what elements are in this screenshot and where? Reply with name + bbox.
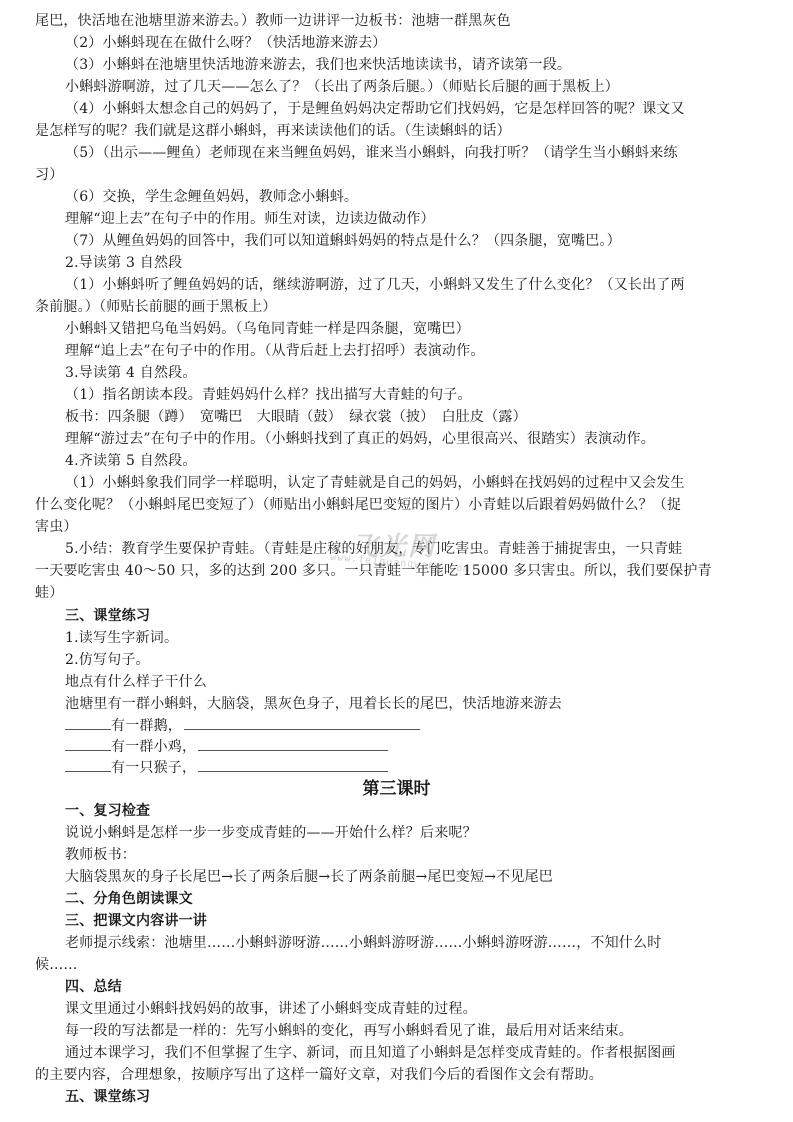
text-line: （3）小蝌蚪在池塘里快活地游来游去，我们也来快活地读读书，请齐读第一段。 (65, 55, 787, 76)
text-line: （1）指名朗读本段。青蛙妈妈什么样？找出描写大青蛙的句子。 (65, 385, 787, 406)
summary-line: 通过本课学习，我们不但掌握了生字、新词，而且知道了小蝌蚪是怎样变成青蛙的。作者根… (65, 1043, 787, 1064)
practice-item: 2.仿写句子。 (65, 650, 787, 671)
fill-in-text: 有一群小鸡， (111, 739, 196, 755)
text-line: 理解“迎上去”在句子中的作用。师生对读，边读边做动作） (65, 209, 787, 230)
text-line: 什么变化呢？（小蝌蚪尾巴变短了）（师贴出小蝌蚪尾巴变短的图片）小青蛙以后跟着妈妈… (35, 495, 757, 516)
text-line: 习） (35, 165, 757, 186)
fill-in-row: 有一群鹅， (65, 715, 787, 737)
lesson-title: 第三课时 (0, 774, 793, 799)
text-line: 小蝌蚪游啊游，过了几天——怎么了？（长出了两条后腿。）（师贴长后腿的画于黑板上） (65, 77, 787, 98)
retell-text: 候…… (35, 955, 757, 976)
text-line: 条前腿。）（师贴长前腿的画于黑板上） (35, 297, 757, 318)
text-line: 一天要吃害虫 40～50 只，多的达到 200 多只。一只青蛙一年能吃 1500… (35, 561, 757, 582)
fill-blank[interactable] (198, 736, 388, 751)
text-line: 2.导读第 3 自然段 (65, 253, 787, 274)
section-heading-practice-2: 五、课堂练习 (65, 1087, 787, 1108)
fill-blank[interactable] (65, 715, 111, 730)
section-heading-summary: 四、总结 (65, 977, 787, 998)
text-line: （2）小蝌蚪现在在做什么呀？（快活地游来游去） (65, 33, 787, 54)
text-line: （7）从鲤鱼妈妈的回答中，我们可以知道蝌蚪妈妈的特点是什么？（四条腿，宽嘴巴。） (65, 231, 787, 252)
text-line: 蛙） (35, 583, 757, 604)
text-line: 4.齐读第 5 自然段。 (65, 451, 787, 472)
fill-blank[interactable] (198, 757, 388, 772)
section-heading-roles: 二、分角色朗读课文 (65, 889, 787, 910)
document-page: 尾巴，快活地在池塘里游来游去。）教师一边讲评一边板书：池塘一群黑灰色 （2）小蝌… (0, 0, 793, 1122)
board-label: 教师板书： (65, 845, 787, 866)
text-line: 理解“追上去”在句子中的作用。（从背后赶上去打招呼）表演动作。 (65, 341, 787, 362)
practice-item: 地点有什么样子干什么 (65, 672, 787, 693)
board-chain: 大脑袋黑灰的身子长尾巴→长了两条后腿→长了两条前腿→尾巴变短→不见尾巴 (65, 867, 787, 888)
text-line: （1）小蝌蚪听了鲤鱼妈妈的话，继续游啊游，过了几天，小蝌蚪又发生了什么变化？（又… (65, 275, 787, 296)
text-line: 板书：四条腿（蹲） 宽嘴巴 大眼睛（鼓） 绿衣裳（披） 白肚皮（露） (65, 407, 787, 428)
text-line: （6）交换，学生念鲤鱼妈妈，教师念小蝌蚪。 (65, 187, 787, 208)
fill-in-row: 有一群小鸡， (65, 736, 787, 758)
section-heading-practice: 三、课堂练习 (65, 606, 787, 627)
text-line: 小蝌蚪又错把乌龟当妈妈。（乌龟同青蛙一样是四条腿，宽嘴巴） (65, 319, 787, 340)
text-line: 5.小结：教育学生要保护青蛙。（青蛙是庄稼的好朋友，专门吃害虫。青蛙善于捕捉害虫… (65, 539, 787, 560)
text-line: 尾巴，快活地在池塘里游来游去。）教师一边讲评一边板书：池塘一群黑灰色 (35, 11, 757, 32)
summary-line: 的主要内容，合理想象，按顺序写出了这样一篇好文章，对我们今后的看图作文会有帮助。 (35, 1065, 757, 1086)
summary-line: 课文里通过小蝌蚪找妈妈的故事，讲述了小蝌蚪变成青蛙的过程。 (65, 999, 787, 1020)
text-line: 3.导读第 4 自然段。 (65, 363, 787, 384)
section-heading-retell: 三、把课文内容讲一讲 (65, 911, 787, 932)
summary-line: 每一段的写法都是一样的：先写小蝌蚪的变化，再写小蝌蚪看见了谁，最后用对话来结束。 (65, 1021, 787, 1042)
practice-item: 池塘里有一群小蝌蚪，大脑袋，黑灰色身子，甩着长长的尾巴，快活地游来游去 (65, 694, 787, 715)
text-line: 理解“游过去”在句子中的作用。（小蝌蚪找到了真正的妈妈，心里很高兴、很踏实）表演… (65, 429, 787, 450)
text-line: （1）小蝌蚪象我们同学一样聪明，认定了青蛙就是自己的妈妈，小蝌蚪在找妈妈的过程中… (65, 473, 787, 494)
fill-blank[interactable] (65, 736, 111, 751)
text-line: （4）小蝌蚪太想念自己的妈妈了，于是鲤鱼妈妈决定帮助它们找妈妈，它是怎样回答的呢… (65, 99, 787, 120)
fill-in-text: 有一群鹅， (111, 718, 182, 734)
fill-blank[interactable] (65, 757, 111, 772)
fill-blank[interactable] (184, 715, 420, 730)
text-line: 害虫） (35, 517, 757, 538)
review-question: 说说小蝌蚪是怎样一步一步变成青蛙的——开始什么样？后来呢？ (65, 823, 787, 844)
practice-item: 1.读写生字新词。 (65, 628, 787, 649)
text-line: 是怎样写的呢？我们就是这群小蝌蚪，再来读读他们的话。（生读蝌蚪的话） (35, 121, 757, 142)
text-line: （5）（出示——鲤鱼）老师现在来当鲤鱼妈妈，谁来当小蝌蚪，向我打听？（请学生当小… (65, 143, 787, 164)
retell-text: 老师提示线索：池塘里……小蝌蚪游呀游……小蝌蚪游呀游……小蝌蚪游呀游……，不知什… (65, 933, 787, 954)
section-heading-review: 一、复习检查 (65, 801, 787, 822)
